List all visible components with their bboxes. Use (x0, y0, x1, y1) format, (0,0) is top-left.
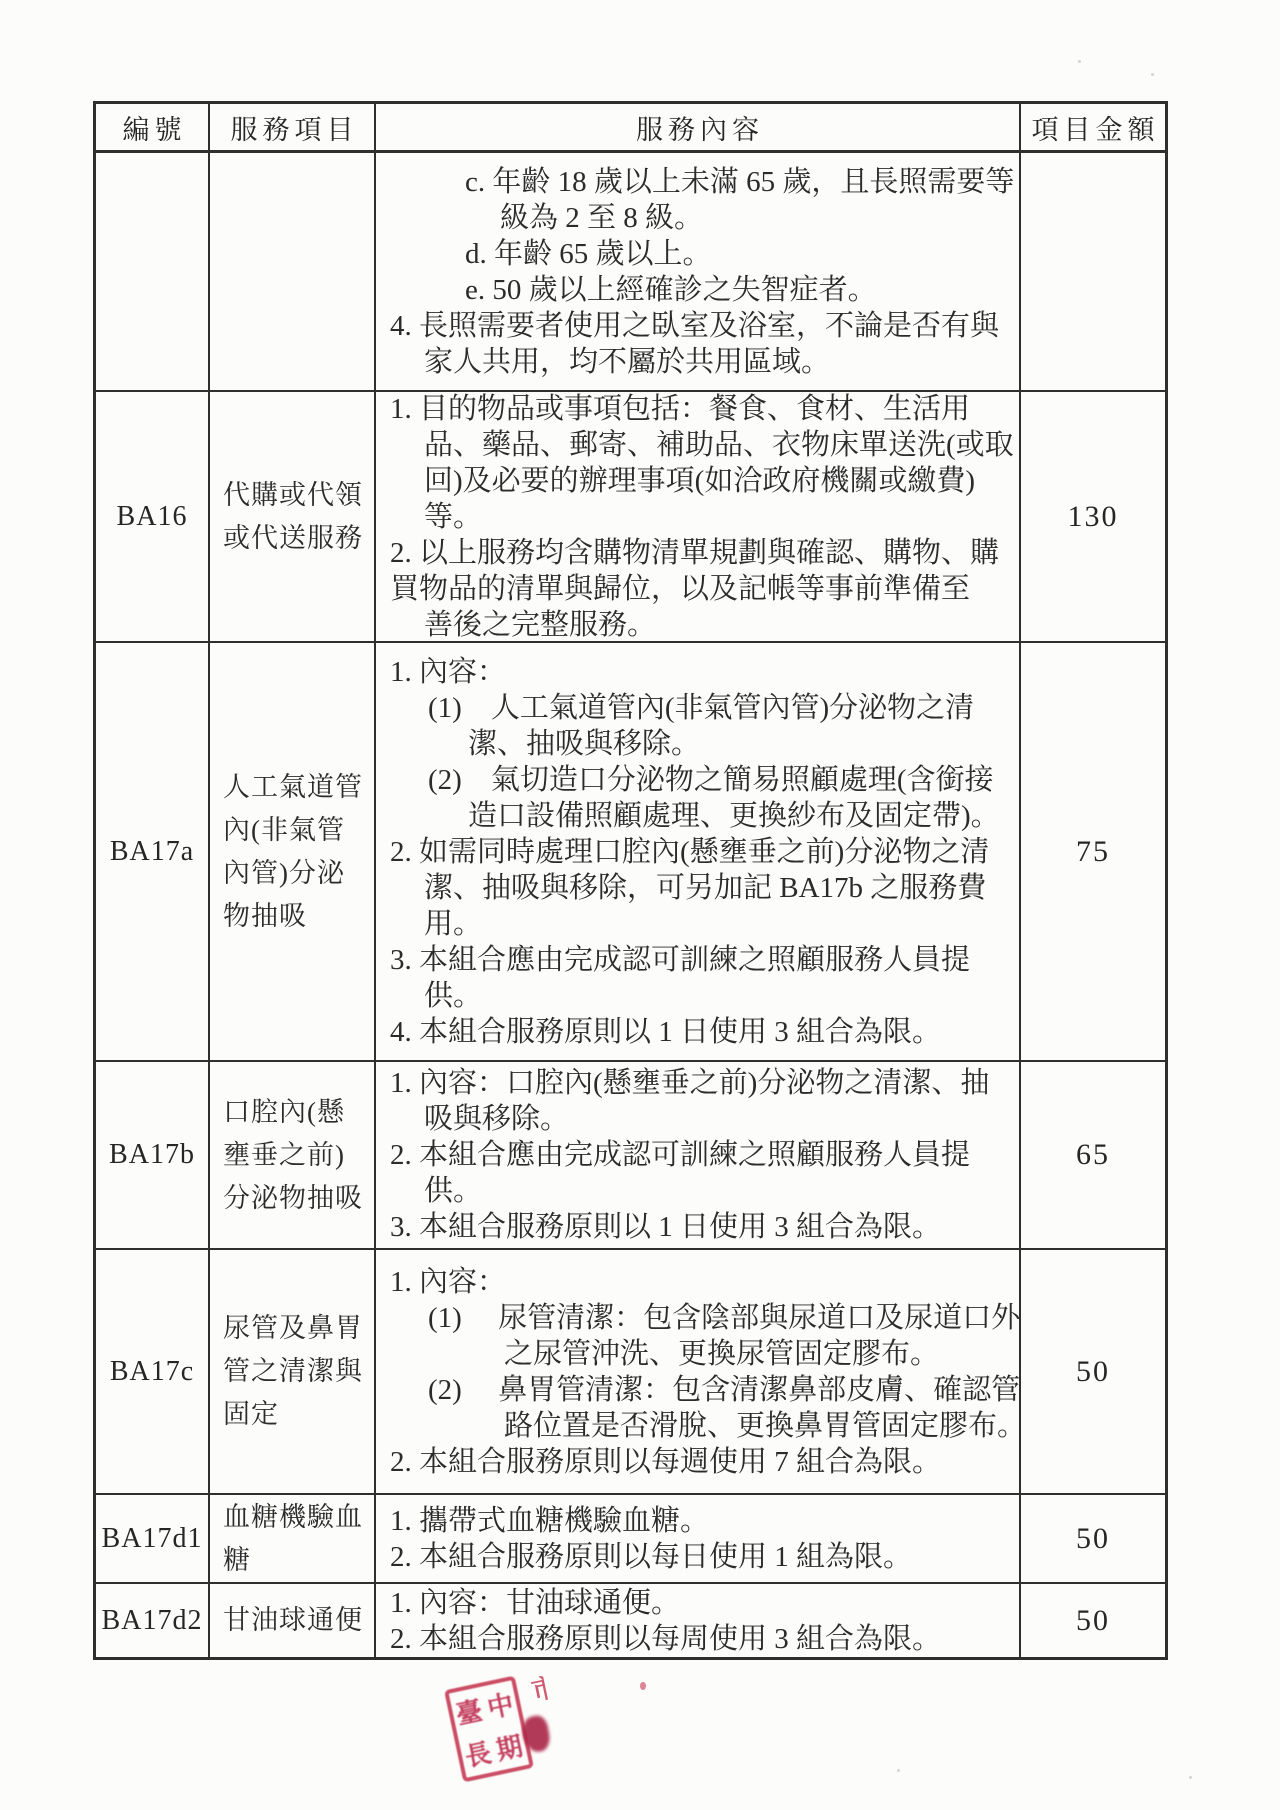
cell-amount: 65 (1021, 1062, 1165, 1248)
cell-id: BA16 (96, 392, 210, 641)
stamp-fleck (640, 1682, 646, 1690)
stamp-char: 中 (484, 1684, 517, 1726)
table-row: BA17c 尿管及鼻胃管之清潔與固定 1. 內容： (1) 尿管清潔：包含陰部與… (96, 1248, 1165, 1493)
scanned-document-page: 編號 服務項目 服務內容 項目金額 c. 年齡 18 歲以上未滿 65 歲，且長… (0, 0, 1280, 1810)
scan-speck (1151, 73, 1154, 76)
content-line: 潔、抽吸與移除。 (382, 726, 1019, 762)
cell-id: BA17d1 (96, 1495, 210, 1582)
content-line: 等。 (382, 499, 1019, 535)
content-line: (1) 人工氣道管內(非氣管內管)分泌物之清 (382, 690, 1019, 726)
cell-service-content: 1. 內容： (1) 人工氣道管內(非氣管內管)分泌物之清 潔、抽吸與移除。 (… (376, 643, 1021, 1060)
content-line: 2. 本組合服務原則以每週使用 7 組合為限。 (382, 1444, 1019, 1480)
cell-amount: 75 (1021, 643, 1165, 1060)
content-line: 善後之完整服務。 (382, 607, 1019, 642)
content-line: 供。 (382, 1173, 1019, 1209)
header-id: 編號 (96, 104, 210, 151)
content-line: 回)及必要的辦理事項(如洽政府機關或繳費) (382, 463, 1019, 499)
scan-speck (897, 1769, 900, 1772)
content-line: 1. 目的物品或事項包括：餐食、食材、生活用 (382, 392, 1019, 427)
cell-amount: 50 (1021, 1250, 1165, 1493)
content-line: d. 年齡 65 歲以上。 (382, 236, 1019, 272)
service-item-text: 口腔內(懸壅垂之前)分泌物抽吸 (223, 1091, 366, 1220)
table-row: BA16 代購或代領或代送服務 1. 目的物品或事項包括：餐食、食材、生活用 品… (96, 390, 1165, 641)
cell-amount: 130 (1021, 392, 1165, 641)
content-line: (1) 尿管清潔：包含陰部與尿道口及尿道口外 (382, 1300, 1019, 1336)
scan-speck (1078, 60, 1081, 63)
cell-amount: 50 (1021, 1584, 1165, 1657)
content-line: e. 50 歲以上經確診之失智症者。 (382, 272, 1019, 308)
cell-service-content: c. 年齡 18 歲以上未滿 65 歲，且長照需要等 級為 2 至 8 級。 d… (376, 153, 1021, 390)
cell-service-item: 尿管及鼻胃管之清潔與固定 (210, 1250, 376, 1493)
content-line: 潔、抽吸與移除，可另加記 BA17b 之服務費 (382, 870, 1019, 906)
content-line: 2. 以上服務均含購物清單規劃與確認、購物、購 (382, 535, 1019, 571)
stamp-char: 期 (493, 1726, 526, 1768)
content-line: 買物品的清單與歸位，以及記帳等事前準備至 (382, 571, 1019, 607)
content-line: 2. 本組合應由完成認可訓練之照顧服務人員提 (382, 1137, 1019, 1173)
ink-stamp-border: 臺 中 長 期 (444, 1676, 534, 1783)
content-line: 1. 內容：甘油球通便。 (382, 1585, 1019, 1621)
cell-id: BA17c (96, 1250, 210, 1493)
service-item-text: 尿管及鼻胃管之清潔與固定 (223, 1307, 366, 1436)
table-header-row: 編號 服務項目 服務內容 項目金額 (96, 104, 1165, 151)
content-line: (2) 氣切造口分泌物之簡易照顧處理(含銜接 (382, 762, 1019, 798)
cell-amount: 50 (1021, 1495, 1165, 1582)
content-line: 2. 本組合服務原則以每周使用 3 組合為限。 (382, 1621, 1019, 1657)
table-row: BA17b 口腔內(懸壅垂之前)分泌物抽吸 1. 內容：口腔內(懸壅垂之前)分泌… (96, 1060, 1165, 1248)
table-row: BA17d2 甘油球通便 1. 內容：甘油球通便。 2. 本組合服務原則以每周使… (96, 1582, 1165, 1657)
content-line: 2. 如需同時處理口腔內(懸壅垂之前)分泌物之清 (382, 834, 1019, 870)
stamp-partial-char: 市 (528, 1669, 548, 1703)
content-line: 之尿管沖洗、更換尿管固定膠布。 (382, 1336, 1019, 1372)
table-row: c. 年齡 18 歲以上未滿 65 歲，且長照需要等 級為 2 至 8 級。 d… (96, 151, 1165, 390)
cell-service-item (210, 153, 376, 390)
ink-stamp: 臺 中 長 期 市 (447, 1674, 577, 1794)
stamp-char: 長 (461, 1733, 494, 1775)
content-line: 4. 本組合服務原則以 1 日使用 3 組合為限。 (382, 1014, 1019, 1050)
cell-service-content: 1. 內容： (1) 尿管清潔：包含陰部與尿道口及尿道口外 之尿管沖洗、更換尿管… (376, 1250, 1021, 1493)
header-service-item: 服務項目 (210, 104, 376, 151)
content-line: 2. 本組合服務原則以每日使用 1 組為限。 (382, 1539, 1019, 1575)
cell-service-item: 代購或代領或代送服務 (210, 392, 376, 641)
service-item-text: 血糖機驗血糖 (223, 1496, 366, 1582)
cell-service-content: 1. 內容：甘油球通便。 2. 本組合服務原則以每周使用 3 組合為限。 (376, 1584, 1021, 1657)
cell-service-item: 口腔內(懸壅垂之前)分泌物抽吸 (210, 1062, 376, 1248)
table-row: BA17a 人工氣道管內(非氣管內管)分泌物抽吸 1. 內容： (1) 人工氣道… (96, 641, 1165, 1060)
service-item-text: 甘油球通便 (223, 1599, 366, 1642)
cell-id: BA17d2 (96, 1584, 210, 1657)
cell-id: BA17a (96, 643, 210, 1060)
stamp-char: 臺 (452, 1690, 485, 1732)
cell-service-content: 1. 內容：口腔內(懸壅垂之前)分泌物之清潔、抽 吸與移除。 2. 本組合應由完… (376, 1062, 1021, 1248)
content-line: 品、藥品、郵寄、補助品、衣物床單送洗(或取 (382, 427, 1019, 463)
content-line: 1. 內容：口腔內(懸壅垂之前)分泌物之清潔、抽 (382, 1065, 1019, 1101)
cell-service-item: 血糖機驗血糖 (210, 1495, 376, 1582)
cell-service-item: 甘油球通便 (210, 1584, 376, 1657)
content-line: 級為 2 至 8 級。 (382, 200, 1019, 236)
header-service-content: 服務內容 (376, 104, 1021, 151)
scan-speck (1189, 1776, 1192, 1779)
content-line: 造口設備照顧處理、更換紗布及固定帶)。 (382, 798, 1019, 834)
content-line: 3. 本組合服務原則以 1 日使用 3 組合為限。 (382, 1209, 1019, 1245)
content-line: (2) 鼻胃管清潔：包含清潔鼻部皮膚、確認管 (382, 1372, 1019, 1408)
table-row: BA17d1 血糖機驗血糖 1. 攜帶式血糖機驗血糖。 2. 本組合服務原則以每… (96, 1493, 1165, 1582)
content-line: 3. 本組合應由完成認可訓練之照顧服務人員提 (382, 942, 1019, 978)
content-line: 1. 攜帶式血糖機驗血糖。 (382, 1503, 1019, 1539)
cell-amount (1021, 153, 1165, 390)
service-item-text: 代購或代領或代送服務 (223, 474, 366, 560)
content-line: 1. 內容： (382, 1264, 1019, 1300)
service-item-text: 人工氣道管內(非氣管內管)分泌物抽吸 (223, 766, 366, 938)
content-line: 1. 內容： (382, 654, 1019, 690)
content-line: 吸與移除。 (382, 1101, 1019, 1137)
cell-id (96, 153, 210, 390)
content-line: 家人共用，均不屬於共用區域。 (382, 344, 1019, 380)
cell-service-content: 1. 攜帶式血糖機驗血糖。 2. 本組合服務原則以每日使用 1 組為限。 (376, 1495, 1021, 1582)
content-line: 4. 長照需要者使用之臥室及浴室，不論是否有與 (382, 308, 1019, 344)
cell-service-item: 人工氣道管內(非氣管內管)分泌物抽吸 (210, 643, 376, 1060)
cell-service-content: 1. 目的物品或事項包括：餐食、食材、生活用 品、藥品、郵寄、補助品、衣物床單送… (376, 392, 1021, 641)
content-line: c. 年齡 18 歲以上未滿 65 歲，且長照需要等 (382, 164, 1019, 200)
content-line: 路位置是否滑脫、更換鼻胃管固定膠布。 (382, 1408, 1019, 1444)
service-items-table: 編號 服務項目 服務內容 項目金額 c. 年齡 18 歲以上未滿 65 歲，且長… (93, 101, 1168, 1660)
content-line: 用。 (382, 906, 1019, 942)
cell-id: BA17b (96, 1062, 210, 1248)
content-line: 供。 (382, 978, 1019, 1014)
header-item-amount: 項目金額 (1021, 104, 1165, 151)
